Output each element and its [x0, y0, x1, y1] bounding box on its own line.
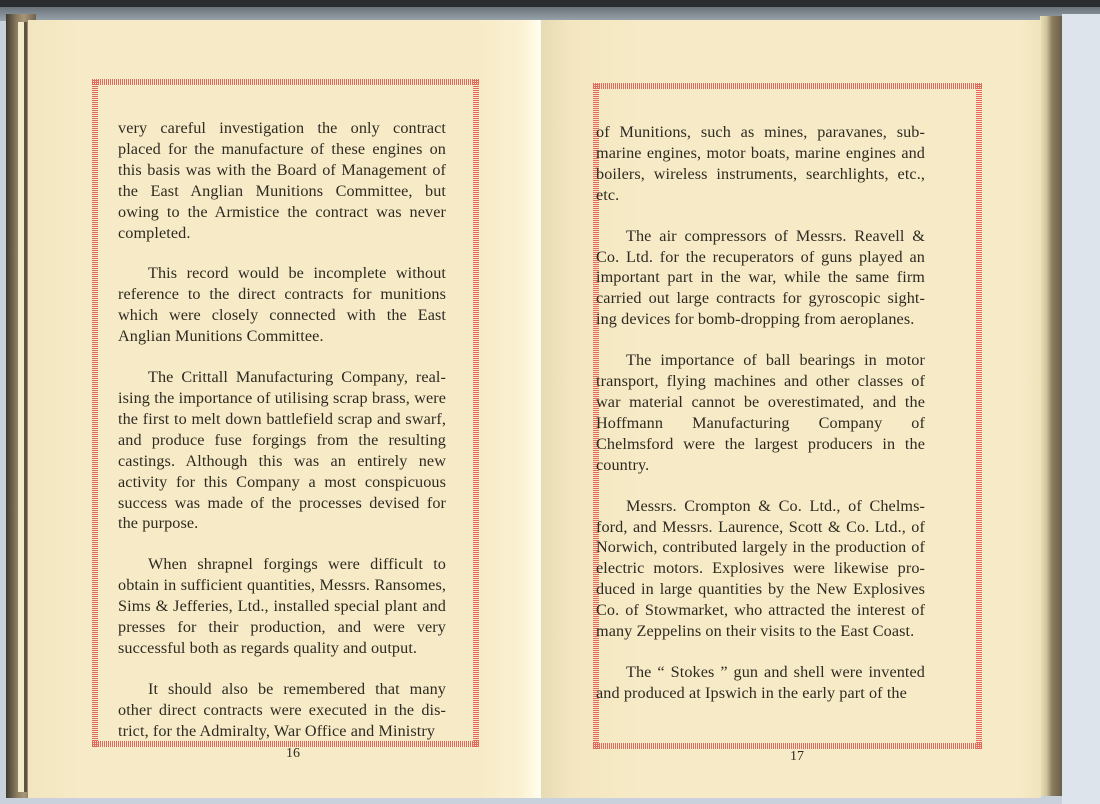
paragraph: The importance of ball bearings in motor…: [596, 350, 925, 475]
right-page: of Munitions, such as mines, paravanes, …: [541, 20, 1041, 798]
page-stack-shadow-left: [24, 22, 27, 792]
paragraph: The air compressors of Messrs. Reavell &…: [596, 226, 925, 331]
paragraph: Messrs. Crompton & Co. Ltd., of Chelms-f…: [596, 496, 925, 642]
right-page-body: of Munitions, such as mines, paravanes, …: [596, 122, 925, 724]
page-number-left: 16: [273, 746, 313, 762]
book-cover-right-edge: [1040, 16, 1062, 796]
paragraph: The “ Stokes ” gun and shell were invent…: [596, 662, 925, 704]
paragraph: The Crittall Manufacturing Company, real…: [118, 367, 446, 534]
paragraph: When shrapnel forgings were difficult to…: [118, 554, 446, 659]
scanner-lid-edge: [0, 0, 1100, 7]
scanner-band: [0, 7, 1100, 21]
paragraph: This record would be incomplete without …: [118, 263, 446, 347]
paragraph: It should also be remembered that many o…: [118, 679, 446, 742]
scanner-bed-right: [1062, 14, 1100, 804]
left-page: very careful investigation the only cont…: [28, 20, 541, 798]
left-page-body: very careful investigation the only cont…: [118, 118, 446, 762]
paragraph: very careful investigation the only cont…: [118, 118, 446, 243]
page-number-right: 17: [777, 749, 817, 765]
paragraph: of Munitions, such as mines, paravanes, …: [596, 122, 925, 206]
